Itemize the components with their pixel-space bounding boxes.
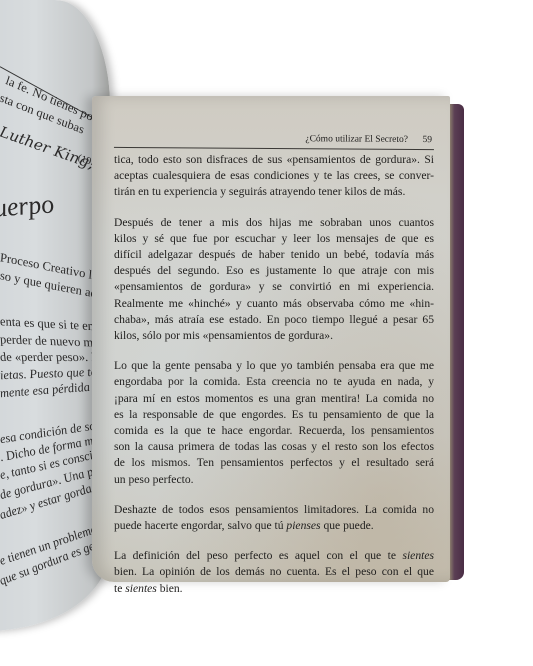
text-line: tirán en tu experiencia y seguirás atray… xyxy=(114,184,434,200)
text-line: «pensamientos de gordura» y se convirtió… xyxy=(114,279,434,295)
text-line: difícil adelgazar después de haber tenid… xyxy=(114,247,434,263)
emphasis: pienses xyxy=(286,519,320,532)
text-line: Lo que la gente pensaba y lo que yo tamb… xyxy=(114,358,434,374)
text-line: engordaba por la comida. Esta creencia n… xyxy=(114,374,434,390)
text-line: aceptas cualesquiera de esas condiciones… xyxy=(114,168,434,184)
text-line: es la responsable de que engordes. Es tu… xyxy=(114,407,434,423)
text-line: ¡para mí en estos momentos es una gran m… xyxy=(114,391,434,407)
text-line: kilos y sé que fue por escuchar y leer l… xyxy=(114,231,434,247)
text-line: después del segundo. Eso es justamente l… xyxy=(114,263,434,279)
paragraph: Lo que la gente pensaba y lo que yo tamb… xyxy=(114,358,434,488)
text-line: kilos, sólo por mis «pensamientos de gor… xyxy=(114,328,434,344)
book-photo: la fe. No tienes por qué sta con que sub… xyxy=(0,0,533,666)
text-line: Después de tener a mis dos hijas me sobr… xyxy=(114,215,434,231)
page-body: tica, todo esto son disfraces de sus «pe… xyxy=(114,152,434,611)
text-line: tica, todo esto son disfraces de sus «pe… xyxy=(114,152,434,168)
text-line: de los mismos. Ten pensamientos perfecto… xyxy=(114,455,434,471)
running-title: ¿Cómo utilizar El Secreto? xyxy=(305,134,408,145)
paragraph: Deshazte de todos esos pensamientos limi… xyxy=(114,502,434,534)
text-line: te sientes bien. xyxy=(114,581,434,597)
right-page: ¿Cómo utilizar El Secreto? 59 tica, todo… xyxy=(92,96,450,582)
text-line: son la causa primera de todas las cosas … xyxy=(114,439,434,455)
text-line: chaba», más atraía ese estado. En poco t… xyxy=(114,312,434,328)
paragraph: La definición del peso perfecto es aquel… xyxy=(114,548,434,597)
text-line: un peso perfecto. xyxy=(114,472,434,488)
chapter-heading: uerpo xyxy=(0,189,56,223)
text-line: Realmente me «hinché» y cuanto más obser… xyxy=(114,296,434,312)
text-line: puede hacerte engordar, salvo que tú pie… xyxy=(114,518,434,534)
paragraph: tica, todo esto son disfraces de sus «pe… xyxy=(114,152,434,201)
page-header: ¿Cómo utilizar El Secreto? 59 xyxy=(114,133,434,150)
emphasis: sientes xyxy=(402,549,434,562)
paragraph: Después de tener a mis dos hijas me sobr… xyxy=(114,215,434,345)
text-line: comida es la que te hace engordar. Recue… xyxy=(114,423,434,439)
text-line: Deshazte de todos esos pensamientos limi… xyxy=(114,502,434,518)
text-line: bien. La opinión de los demás no cuenta.… xyxy=(114,564,434,580)
page-number: 59 xyxy=(422,135,432,145)
emphasis: sientes xyxy=(125,582,157,595)
text-line: La definición del peso perfecto es aquel… xyxy=(114,548,434,564)
